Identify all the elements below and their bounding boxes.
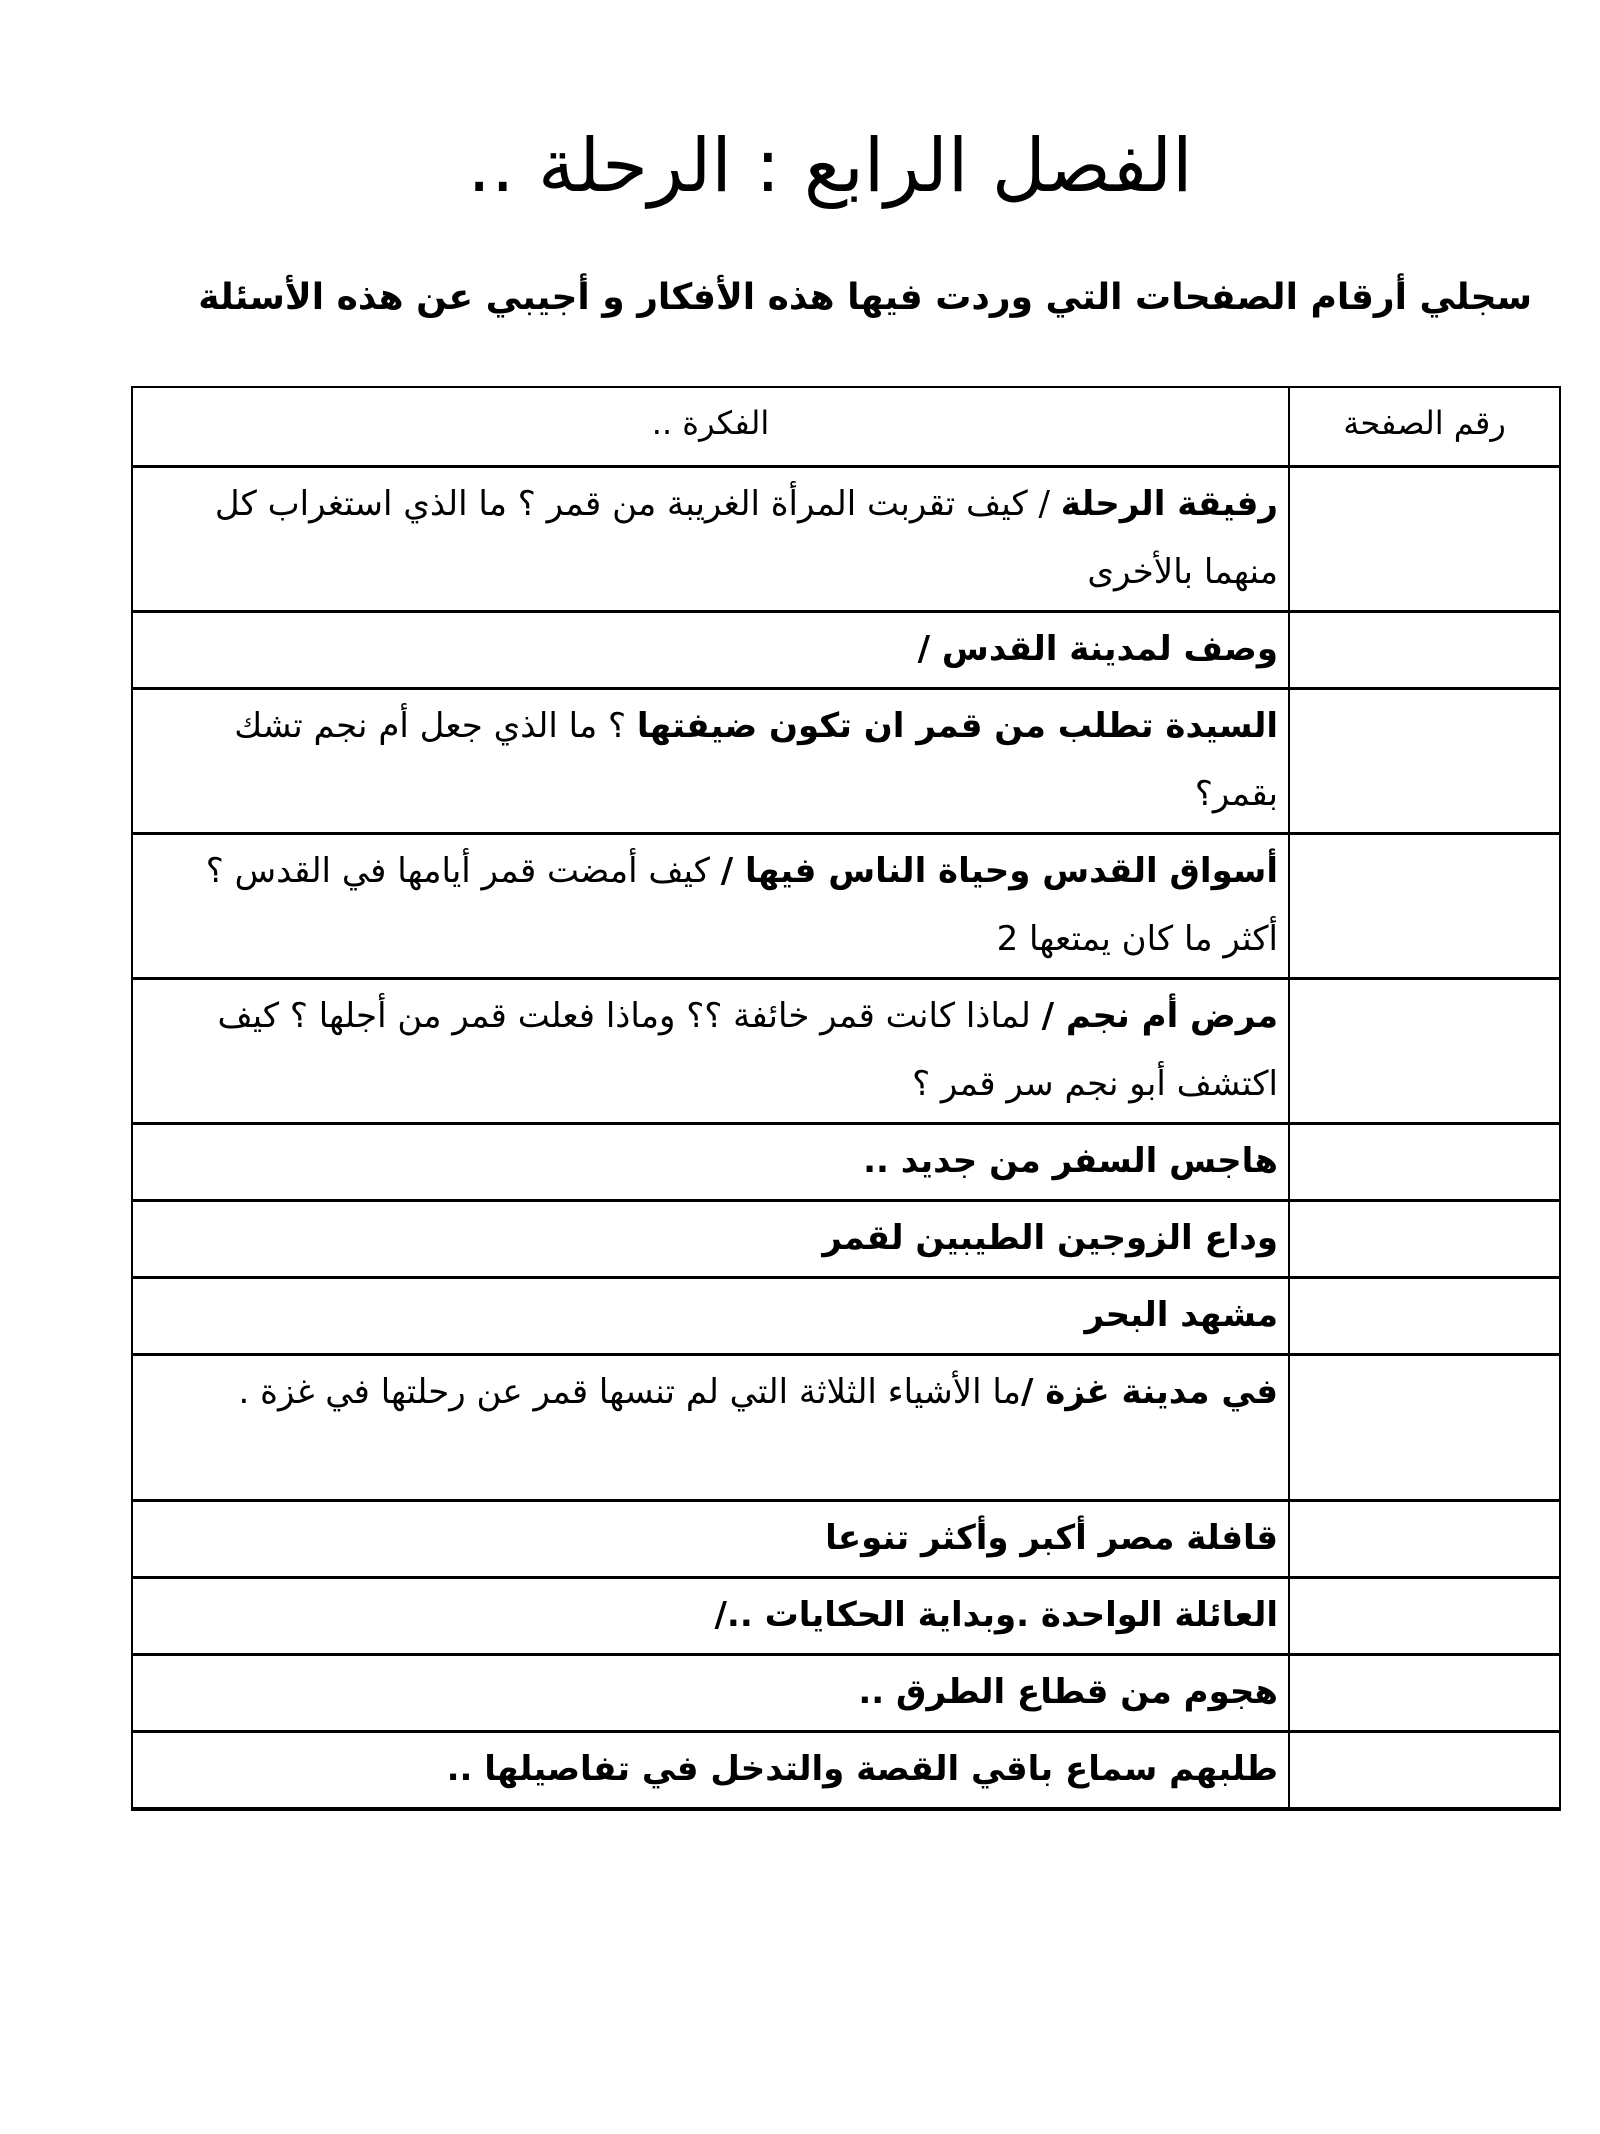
table-row: هجوم من قطاع الطرق ..: [132, 1655, 1560, 1732]
page-number-cell[interactable]: [1289, 834, 1560, 979]
idea-cell: في مدينة غزة /ما الأشياء الثلاثة التي لم…: [132, 1355, 1289, 1501]
idea-cell: وصف لمدينة القدس /: [132, 612, 1289, 689]
table-row: وداع الزوجين الطيبين لقمر: [132, 1201, 1560, 1278]
idea-heading: هجوم من قطاع الطرق ..: [858, 1672, 1278, 1712]
ideas-table: رقم الصفحة الفكرة .. رفيقة الرحلة / كيف …: [131, 386, 1561, 1811]
idea-cell: هجوم من قطاع الطرق ..: [132, 1655, 1289, 1732]
idea-heading: في مدينة غزة /: [1021, 1372, 1278, 1412]
page-number-cell[interactable]: [1289, 1732, 1560, 1810]
table-row: مرض أم نجم / لماذا كانت قمر خائفة ؟؟ وما…: [132, 979, 1560, 1124]
idea-cell: مرض أم نجم / لماذا كانت قمر خائفة ؟؟ وما…: [132, 979, 1289, 1124]
table-row: قافلة مصر أكبر وأكثر تنوعا: [132, 1501, 1560, 1578]
header-page-number: رقم الصفحة: [1289, 387, 1560, 467]
idea-cell: هاجس السفر من جديد ..: [132, 1124, 1289, 1201]
idea-heading: قافلة مصر أكبر وأكثر تنوعا: [825, 1518, 1278, 1558]
table-row: طلبهم سماع باقي القصة والتدخل في تفاصيله…: [132, 1732, 1560, 1810]
table-row: السيدة تطلب من قمر ان تكون ضيفتها ؟ ما ا…: [132, 689, 1560, 834]
idea-heading: طلبهم سماع باقي القصة والتدخل في تفاصيله…: [447, 1749, 1278, 1789]
idea-heading: هاجس السفر من جديد ..: [863, 1141, 1278, 1181]
table-row: في مدينة غزة /ما الأشياء الثلاثة التي لم…: [132, 1355, 1560, 1501]
idea-question: ما الأشياء الثلاثة التي لم تنسها قمر عن …: [239, 1372, 1021, 1412]
idea-heading: رفيقة الرحلة: [1061, 484, 1278, 524]
table-row: العائلة الواحدة .وبداية الحكايات ../: [132, 1578, 1560, 1655]
instruction-text: سجلي أرقام الصفحات التي وردت فيها هذه ال…: [198, 268, 1532, 328]
table-row: أسواق القدس وحياة الناس فيها / كيف أمضت …: [132, 834, 1560, 979]
page-number-cell[interactable]: [1289, 612, 1560, 689]
page-number-cell[interactable]: [1289, 1655, 1560, 1732]
page-number-cell[interactable]: [1289, 1501, 1560, 1578]
idea-cell: طلبهم سماع باقي القصة والتدخل في تفاصيله…: [132, 1732, 1289, 1810]
page-number-cell[interactable]: [1289, 1124, 1560, 1201]
idea-heading: السيدة تطلب من قمر ان تكون ضيفتها: [637, 706, 1278, 746]
idea-heading: وصف لمدينة القدس /: [918, 629, 1278, 669]
page-number-cell[interactable]: [1289, 1355, 1560, 1501]
chapter-title: الفصل الرابع : الرحلة ..: [0, 116, 1600, 216]
idea-cell: السيدة تطلب من قمر ان تكون ضيفتها ؟ ما ا…: [132, 689, 1289, 834]
idea-heading: العائلة الواحدة .وبداية الحكايات ../: [714, 1595, 1278, 1635]
table-header-row: رقم الصفحة الفكرة ..: [132, 387, 1560, 467]
page-number-cell[interactable]: [1289, 467, 1560, 612]
page-number-cell[interactable]: [1289, 1278, 1560, 1355]
idea-cell: مشهد البحر: [132, 1278, 1289, 1355]
page-number-cell[interactable]: [1289, 979, 1560, 1124]
table-row: رفيقة الرحلة / كيف تقربت المرأة الغريبة …: [132, 467, 1560, 612]
idea-heading: مشهد البحر: [1084, 1295, 1278, 1335]
idea-cell: رفيقة الرحلة / كيف تقربت المرأة الغريبة …: [132, 467, 1289, 612]
idea-heading: أسواق القدس وحياة الناس فيها /: [721, 851, 1278, 891]
idea-cell: وداع الزوجين الطيبين لقمر: [132, 1201, 1289, 1278]
idea-cell: أسواق القدس وحياة الناس فيها / كيف أمضت …: [132, 834, 1289, 979]
idea-heading: مرض أم نجم /: [1042, 996, 1278, 1036]
page-number-cell[interactable]: [1289, 689, 1560, 834]
table-row: وصف لمدينة القدس /: [132, 612, 1560, 689]
table-row: هاجس السفر من جديد ..: [132, 1124, 1560, 1201]
idea-heading: وداع الزوجين الطيبين لقمر: [822, 1218, 1278, 1258]
table-row: مشهد البحر: [132, 1278, 1560, 1355]
header-idea: الفكرة ..: [132, 387, 1289, 467]
page-number-cell[interactable]: [1289, 1578, 1560, 1655]
idea-cell: قافلة مصر أكبر وأكثر تنوعا: [132, 1501, 1289, 1578]
idea-cell: العائلة الواحدة .وبداية الحكايات ../: [132, 1578, 1289, 1655]
page-number-cell[interactable]: [1289, 1201, 1560, 1278]
